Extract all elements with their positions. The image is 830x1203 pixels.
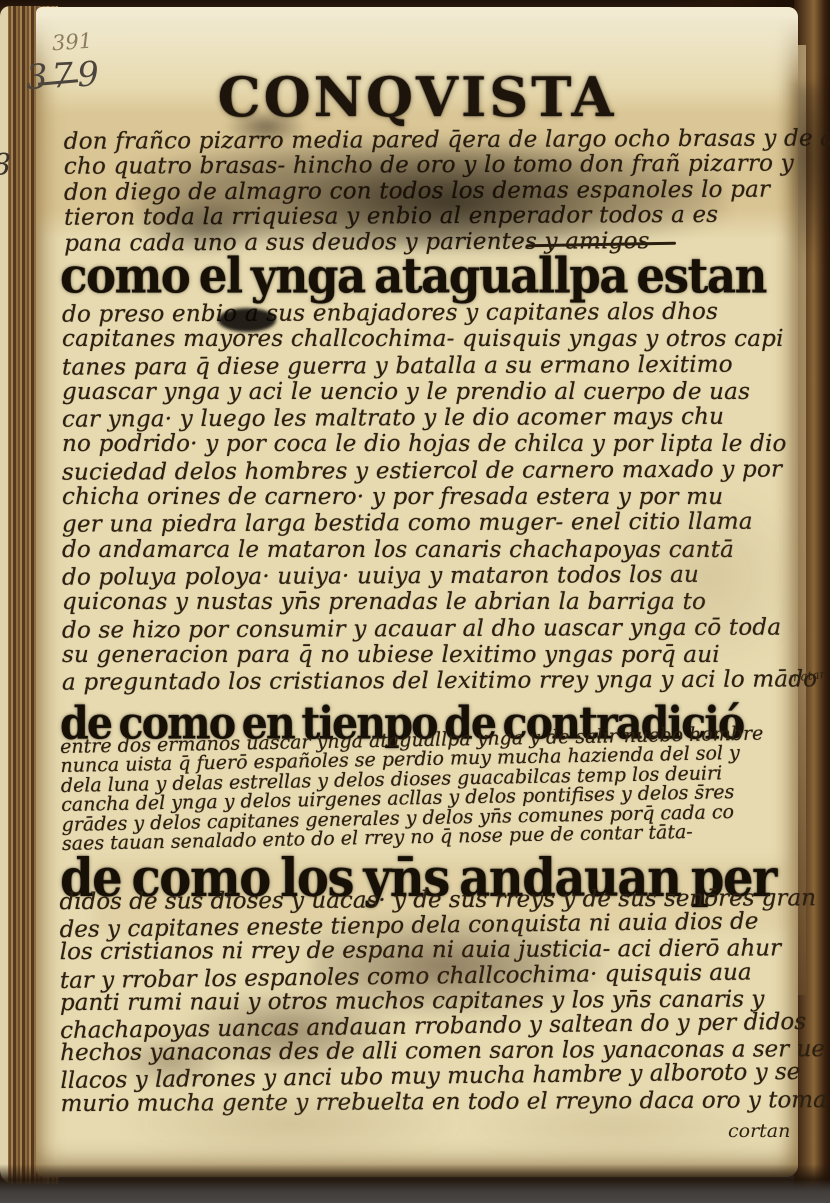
paragraph-3: entre dos ermanos uascar ynga ataguallpa… [60, 724, 765, 854]
text-line: capitanes mayores challcochima- quisquis… [62, 326, 817, 352]
text-line: tanes para q̄ diese guerra y batalla a s… [62, 351, 817, 381]
text-line: guascar ynga y aci le uencio y le prendi… [62, 379, 817, 405]
folio-number-modern: 391 [51, 29, 93, 56]
paragraph-4: didos de sus dioses y uacas· y de sus rr… [59, 886, 830, 1117]
text-line: a preguntado los cristianos del lexitimo… [62, 667, 817, 697]
page-title: CONQVISTA [36, 65, 798, 129]
text-line: do preso enbio a sus enbajadores y capit… [62, 298, 817, 328]
catchword: cortan [728, 1120, 790, 1142]
text-line: no podrido· y por coca le dio hojas de c… [62, 431, 817, 457]
folio-number-old: 379 [25, 54, 104, 98]
text-line: car ynga· y luego les maltrato y le dio … [62, 404, 817, 434]
paragraph-1: don frañco pizarro media pared q̄era de … [64, 126, 830, 256]
text-line: do poluya poloya· uuiya· uuiya y mataron… [62, 561, 817, 591]
text-line: suciedad delos hombres y estiercol de ca… [62, 456, 817, 486]
manuscript-page: CONQVISTA don frañco pizarro media pared… [36, 7, 798, 1177]
text-line: su generacion para q̄ no ubiese lexitimo… [62, 642, 817, 668]
chapter-heading-1: como el ynga ataguallpa estan [60, 247, 766, 304]
paragraph-2: do preso enbio a sus enbajadores y capit… [62, 300, 817, 694]
manuscript-photo: CONQVISTA don frañco pizarro media pared… [0, 0, 830, 1203]
text-line: do andamarca le mataron los canaris chac… [62, 537, 817, 563]
text-line: chicha orines de carnero· y por fresada … [62, 484, 817, 510]
text-line: ger una piedra larga bestida como muger-… [62, 509, 817, 539]
table-shadow [0, 1164, 830, 1203]
margin-mark: 8 [0, 148, 11, 183]
text-line: do se hizo por consumir y acauar al dho … [62, 614, 817, 644]
text-line: quiconas y nustas yn̄s prenadas le abria… [62, 589, 817, 615]
text-line: tieron toda la rriquiesa y enbio al enpe… [64, 203, 830, 232]
